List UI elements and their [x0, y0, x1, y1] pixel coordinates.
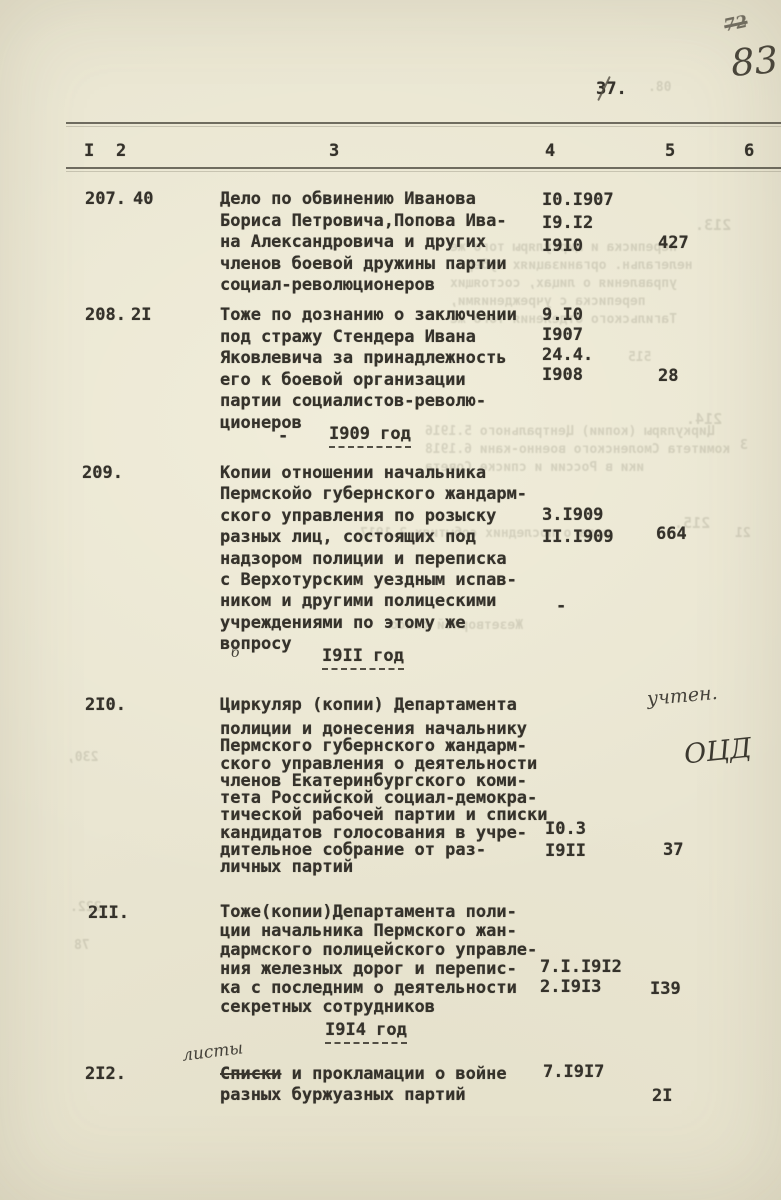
- bleedthrough-text: 230,: [67, 750, 98, 765]
- entry-sheet-count: 2I: [652, 1086, 672, 1108]
- handwritten-correction: листы: [181, 1038, 244, 1065]
- entry-description: Копии отношении начальника Пермскойо губ…: [220, 463, 565, 656]
- entry-sheet-count: I39: [650, 979, 681, 1001]
- entry-sheet-count: 28: [658, 366, 678, 388]
- handwritten-margin-note: учтен.: [646, 682, 718, 710]
- handwritten-ocd-note: ОЦД: [683, 733, 754, 771]
- entry-description: Тоже по дознанию о заключении под стражу…: [220, 305, 565, 434]
- entry-number: 209.: [82, 463, 123, 485]
- bleedthrough-text: 21: [735, 526, 751, 541]
- entry-description: полиции и донесения начальнику Пермского…: [220, 721, 565, 877]
- document-page: 08. 213. переписка и циркуляры того же н…: [0, 0, 781, 1200]
- bleedthrough-text: 515: [628, 350, 651, 365]
- struck-word: Списки: [220, 1064, 281, 1084]
- entry-description-line2: разных буржуазных партий: [220, 1085, 565, 1107]
- year-heading-text: I9II год: [322, 646, 404, 670]
- year-heading-text: I909 год: [329, 424, 411, 448]
- entry-number: 2I0.: [85, 695, 126, 717]
- entry-description-line1: Списки и прокламации о войне: [220, 1064, 580, 1086]
- entry-sheet-count: 427: [658, 233, 689, 255]
- entry-number: 2I2.: [85, 1064, 126, 1086]
- bleedthrough-text: комитета Смоленского военно-кани 6.1918: [425, 442, 730, 457]
- crossed-out-corner-number: 72: [722, 12, 749, 36]
- line1-rest: и прокламации о войне: [281, 1064, 506, 1084]
- column-header-6: 6: [744, 141, 754, 163]
- entry-count: 40: [133, 189, 153, 211]
- year-heading: I9I4 год: [325, 1020, 407, 1042]
- table-top-rule-echo: [66, 126, 781, 127]
- table-header-rule: [66, 167, 781, 169]
- entry-dates: 9.I0 I907 24.4. I908: [542, 305, 593, 385]
- year-heading: I909 год: [329, 424, 411, 446]
- table-header-rule-echo: [66, 171, 781, 172]
- column-header-5: 5: [665, 141, 675, 163]
- column-header-3: 3: [329, 141, 339, 163]
- entry-number: 2II.: [88, 903, 129, 925]
- entry-number: 207.: [85, 189, 126, 211]
- entry-dates: 3.I909 II.I909: [542, 505, 614, 548]
- entry-number: 208.: [85, 305, 126, 327]
- entry-description: Дело по обвинению Иванова Бориса Петрови…: [220, 189, 565, 297]
- table-top-rule: [66, 122, 781, 124]
- bleedthrough-text: 3: [740, 438, 748, 453]
- bleedthrough-text: 78: [74, 938, 90, 953]
- entry-dates: I0.I907 I9.I2 I9I0: [542, 189, 614, 258]
- column-header-1: I: [84, 141, 94, 163]
- entry-dates: 7.I.I9I2 2.I9I3: [540, 958, 622, 997]
- handwritten-folio-number: 83: [729, 38, 780, 85]
- column-header-2: 2: [116, 141, 126, 163]
- entry-description-first-line: Циркуляр (копии) Департамента: [220, 695, 565, 717]
- year-heading: I9II год: [322, 646, 404, 668]
- entry-sheet-count: 664: [656, 524, 687, 546]
- entry-description: Тоже(копии)Департамента поли- ции началь…: [220, 903, 565, 1017]
- year-heading-text: I9I4 год: [325, 1020, 407, 1044]
- dash-mark: -: [556, 596, 566, 618]
- entry-dates: 7.I9I7: [543, 1062, 604, 1084]
- dash-mark: -: [278, 426, 288, 448]
- entry-dates: I0.3 I9II: [545, 818, 586, 862]
- bleedthrough-text: 213.: [695, 216, 731, 234]
- entry-count: 2I: [131, 305, 151, 327]
- entry-sheet-count: 37: [663, 840, 683, 862]
- handwritten-letter-mark: б: [231, 645, 240, 661]
- column-header-4: 4: [545, 141, 555, 163]
- bleedthrough-text: 08.: [648, 80, 671, 95]
